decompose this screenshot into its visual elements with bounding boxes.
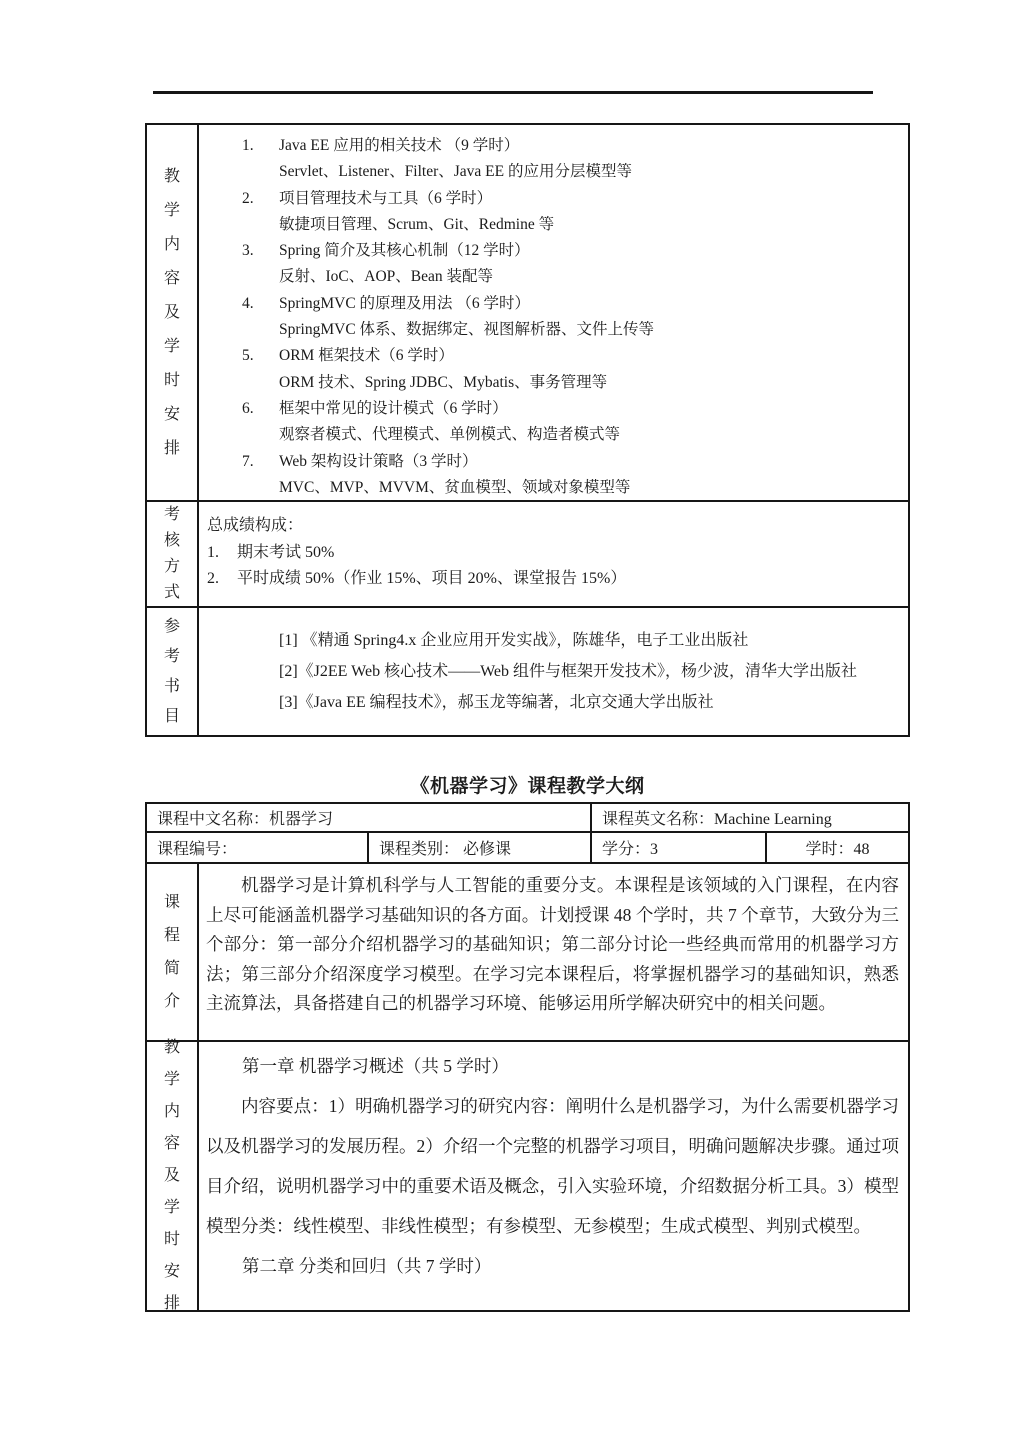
teaching-topic-title-line: 7. Web 架构设计策略（3 学时） <box>242 449 902 475</box>
course-intro-text: 机器学习是计算机科学与人工智能的重要分支。本课程是该领域的入门课程，在内容上尽可… <box>199 864 908 1040</box>
syllabus-table-machine-learning: 课程中文名称：机器学习 课程英文名称：Machine Learning 课程编号… <box>145 802 910 1312</box>
assessment-item: 1. 期末考试 50% <box>207 540 902 567</box>
teaching-topic-title-line: 1. Java EE 应用的相关技术 （9 学时） <box>242 133 902 159</box>
teaching-content-row-label: 教 学 内 容 及 学 时 安 排 <box>164 160 180 466</box>
teaching-topic-number: 7. <box>242 449 279 475</box>
teaching-topic-number: 4. <box>242 291 279 317</box>
ml-chapter1-heading: 第一章 机器学习概述（共 5 学时） <box>206 1046 899 1086</box>
teaching-topic-title: Spring 简介及其核心机制（12 学时） <box>279 238 902 264</box>
references-cell: [1] 《精通 Spring4.x 企业应用开发实战》，陈雄华，电子工业出版社 … <box>199 608 908 735</box>
page-top-rule <box>153 91 873 94</box>
teaching-topic-item: 3. Spring 简介及其核心机制（12 学时） 反射、IoC、AOP、Bea… <box>209 238 902 291</box>
teaching-topic-title: Web 架构设计策略（3 学时） <box>279 449 902 475</box>
assessment-item: 2. 平时成绩 50%（作业 15%、项目 20%、课堂报告 15%） <box>207 566 902 593</box>
teaching-topic-number: 1. <box>242 133 279 159</box>
teaching-topic-title-line: 6. 框架中常见的设计模式（6 学时） <box>242 396 902 422</box>
course-credits: 学分：3 <box>590 833 765 862</box>
teaching-topic-detail: ORM 技术、Spring JDBC、Mybatis、事务管理等 <box>242 370 902 396</box>
course-name-en: 课程英文名称：Machine Learning <box>590 804 908 831</box>
course-name-cn: 课程中文名称：机器学习 <box>147 804 590 831</box>
course-intro-row: 课 程 简 介 机器学习是计算机科学与人工智能的重要分支。本课程是该领域的入门课… <box>147 862 908 1040</box>
page-title: 《机器学习》课程教学大纲 <box>145 771 910 798</box>
course-type: 课程类别： 必修课 <box>367 833 590 862</box>
course-intro-row-label-cell: 课 程 简 介 <box>147 864 199 1040</box>
teaching-topic-number: 2. <box>242 186 279 212</box>
assessment-item-text: 期末考试 50% <box>237 540 334 567</box>
teaching-topic-detail: Servlet、Listener、Filter、Java EE 的应用分层模型等 <box>242 159 902 185</box>
course-hours: 学时：48 <box>765 833 908 862</box>
references-row: 参 考 书 目 [1] 《精通 Spring4.x 企业应用开发实战》，陈雄华，… <box>147 606 908 735</box>
assessment-row: 考 核 方 式 总成绩构成： 1. 期末考试 50% 2. 平时成绩 50%（作… <box>147 500 908 606</box>
teaching-topic-number: 6. <box>242 396 279 422</box>
ml-teaching-row-label-cell: 教 学 内 容 及 学 时 安 排 <box>147 1042 199 1310</box>
teaching-topic-detail: SpringMVC 体系、数据绑定、视图解析器、文件上传等 <box>242 317 902 343</box>
course-code: 课程编号： <box>147 833 367 862</box>
teaching-topic-detail: MVC、MVP、MVVM、贫血模型、领域对象模型等 <box>242 475 902 501</box>
course-intro-row-label: 课 程 简 介 <box>164 886 180 1018</box>
teaching-topic-title: SpringMVC 的原理及用法 （6 学时） <box>279 291 902 317</box>
teaching-topic-item: 5. ORM 框架技术（6 学时） ORM 技术、Spring JDBC、Myb… <box>209 343 902 396</box>
teaching-content-row: 教 学 内 容 及 学 时 安 排 1. Java EE 应用的相关技术 （9 … <box>147 125 908 500</box>
teaching-topic-item: 4. SpringMVC 的原理及用法 （6 学时） SpringMVC 体系、… <box>209 291 902 344</box>
document-page: 教 学 内 容 及 学 时 安 排 1. Java EE 应用的相关技术 （9 … <box>0 0 1024 1448</box>
teaching-topic-title: ORM 框架技术（6 学时） <box>279 343 902 369</box>
teaching-topic-detail: 敏捷项目管理、Scrum、Git、Redmine 等 <box>242 212 902 238</box>
ml-teaching-content-row: 教 学 内 容 及 学 时 安 排 第一章 机器学习概述（共 5 学时） 内容要… <box>147 1040 908 1310</box>
teaching-topic-title: Java EE 应用的相关技术 （9 学时） <box>279 133 902 159</box>
assessment-cell: 总成绩构成： 1. 期末考试 50% 2. 平时成绩 50%（作业 15%、项目… <box>199 502 908 606</box>
teaching-content-row-label-cell: 教 学 内 容 及 学 时 安 排 <box>147 125 199 500</box>
references-row-label: 参 考 书 目 <box>164 612 180 732</box>
teaching-topic-item: 7. Web 架构设计策略（3 学时） MVC、MVP、MVVM、贫血模型、领域… <box>209 449 902 502</box>
teaching-topic-item: 2. 项目管理技术与工具（6 学时） 敏捷项目管理、Scrum、Git、Redm… <box>209 186 902 239</box>
teaching-topic-number: 5. <box>242 343 279 369</box>
assessment-item-number: 2. <box>207 566 237 593</box>
teaching-topic-number: 3. <box>242 238 279 264</box>
assessment-row-label-cell: 考 核 方 式 <box>147 502 199 606</box>
assessment-item-text: 平时成绩 50%（作业 15%、项目 20%、课堂报告 15%） <box>237 566 626 593</box>
assessment-heading: 总成绩构成： <box>207 513 902 540</box>
ml-chapter2-heading: 第二章 分类和回归（共 7 学时） <box>206 1246 899 1286</box>
assessment-item-list: 1. 期末考试 50% 2. 平时成绩 50%（作业 15%、项目 20%、课堂… <box>207 540 902 593</box>
ml-teaching-row-label: 教 学 内 容 及 学 时 安 排 <box>164 1032 180 1320</box>
assessment-row-label: 考 核 方 式 <box>164 502 180 606</box>
ml-teaching-content-cell: 第一章 机器学习概述（共 5 学时） 内容要点：1）明确机器学习的研究内容：阐明… <box>199 1042 908 1310</box>
teaching-topic-item: 1. Java EE 应用的相关技术 （9 学时） Servlet、Listen… <box>209 133 902 186</box>
teaching-topic-title-line: 5. ORM 框架技术（6 学时） <box>242 343 902 369</box>
syllabus-table-javaee: 教 学 内 容 及 学 时 安 排 1. Java EE 应用的相关技术 （9 … <box>145 123 910 737</box>
teaching-content-cell: 1. Java EE 应用的相关技术 （9 学时） Servlet、Listen… <box>199 125 908 500</box>
teaching-topic-detail: 观察者模式、代理模式、单例模式、构造者模式等 <box>242 422 902 448</box>
teaching-topic-title-line: 2. 项目管理技术与工具（6 学时） <box>242 186 902 212</box>
teaching-topic-title-line: 4. SpringMVC 的原理及用法 （6 学时） <box>242 291 902 317</box>
ml-chapter1-body: 内容要点：1）明确机器学习的研究内容：阐明什么是机器学习，为什么需要机器学习以及… <box>206 1086 899 1246</box>
course-meta-row: 课程编号： 课程类别： 必修课 学分：3 学时：48 <box>147 831 908 862</box>
references-list: [1] 《精通 Spring4.x 企业应用开发实战》，陈雄华，电子工业出版社 … <box>279 625 857 718</box>
teaching-topic-title: 项目管理技术与工具（6 学时） <box>279 186 902 212</box>
teaching-topic-detail: 反射、IoC、AOP、Bean 装配等 <box>242 264 902 290</box>
teaching-topic-item: 6. 框架中常见的设计模式（6 学时） 观察者模式、代理模式、单例模式、构造者模… <box>209 396 902 449</box>
references-row-label-cell: 参 考 书 目 <box>147 608 199 735</box>
course-name-row: 课程中文名称：机器学习 课程英文名称：Machine Learning <box>147 804 908 831</box>
assessment-item-number: 1. <box>207 540 237 567</box>
teaching-topic-title: 框架中常见的设计模式（6 学时） <box>279 396 902 422</box>
teaching-topic-title-line: 3. Spring 简介及其核心机制（12 学时） <box>242 238 902 264</box>
